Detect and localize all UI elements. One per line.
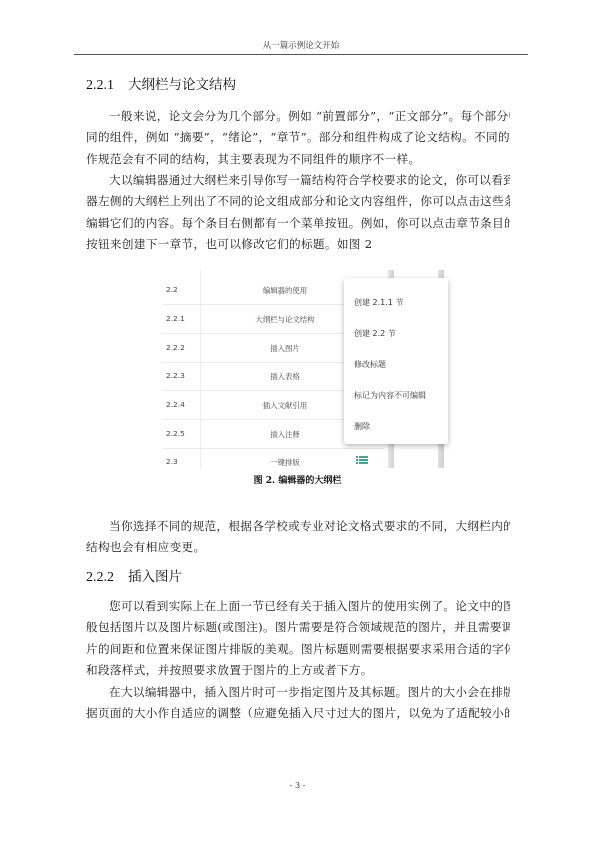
paragraph: 在大以编辑器中，插入图片时可一步指定图片及其标题。图片的大小会在排版时根 据页面… (86, 682, 510, 725)
outline-item-number: 2.2 (166, 285, 178, 294)
outline-item-number: 2.3 (166, 457, 178, 466)
text-line: 一般来说，论文会分为几个部分。例如 “前置部分”，“正文部分”。每个部分中有不 (86, 106, 510, 127)
outline-item-number: 2.2.3 (166, 371, 185, 380)
text-line: 您可以看到实际上在上面一节已经有关于插入图片的使用实例了。论文中的图片一 (86, 596, 510, 617)
text-line: 编辑它们的内容。每个条目右侧都有一个菜单按钮。例如，你可以点击章节条目的菜单 (86, 213, 510, 234)
outline-item[interactable]: 2.3 一键排版 (162, 448, 384, 468)
paragraph: 您可以看到实际上在上面一节已经有关于插入图片的使用实例了。论文中的图片一 般包括… (86, 596, 510, 682)
menu-item-create-section[interactable]: 创建 2.2 节 (354, 328, 396, 339)
figure-caption: 图 2. 编辑器的大纲栏 (0, 473, 595, 486)
menu-item-lock[interactable]: 标记为内容不可编辑 (354, 390, 426, 401)
text-line: 作规范会有不同的结构，其主要表现为不同组件的顺序不一样。 (86, 149, 510, 170)
text-line: 当你选择不同的规范，根据各学校或专业对论文格式要求的不同，大纲栏内的条目 (86, 516, 510, 537)
menu-item-create-subsection[interactable]: 创建 2.1.1 节 (354, 297, 403, 308)
outline-item-number: 2.2.4 (166, 400, 185, 409)
menu-item-rename[interactable]: 修改标题 (354, 359, 386, 370)
section-title: 大纲栏与论文结构 (128, 77, 236, 93)
outline-item-number: 2.2.2 (166, 343, 185, 352)
list-icon[interactable] (356, 456, 368, 464)
text-line: 片的间距和位置来保证图片排版的美观。图片标题则需要根据要求采用合适的字体样式 (86, 639, 510, 660)
outline-item-title: 一键排版 (200, 457, 370, 468)
menu-item-delete[interactable]: 删除 (354, 421, 370, 432)
context-menu: 创建 2.1.1 节 创建 2.2 节 修改标题 标记为内容不可编辑 删除 (344, 278, 448, 444)
text-line: 和段落样式，并按照要求放置于图片的上方或者下方。 (86, 660, 510, 681)
text-line: 据页面的大小作自适应的调整（应避免插入尺寸过大的图片，以免为了适配较小的页面 (86, 703, 510, 724)
outline-item-number: 2.2.1 (166, 314, 185, 323)
paragraph: 一般来说，论文会分为几个部分。例如 “前置部分”，“正文部分”。每个部分中有不 … (86, 106, 510, 170)
paragraph: 当你选择不同的规范，根据各学校或专业对论文格式要求的不同，大纲栏内的条目 结构也… (86, 516, 510, 559)
section-title: 插入图片 (128, 569, 182, 585)
figure-outline-screenshot: 2.2 编辑器的使用 2.2.1 大纲栏与论文结构 2.2.2 插入图片 2.2… (162, 270, 458, 468)
section-heading-2-2-2: 2.2.2插入图片 (86, 568, 182, 587)
section-number: 2.2.2 (86, 570, 114, 585)
header-divider (74, 54, 528, 55)
text-line: 结构也会有相应变更。 (86, 537, 510, 558)
text-line: 大以编辑器通过大纲栏来引导你写一篇结构符合学校要求的论文，你可以看到编辑 (86, 170, 510, 191)
section-heading-2-2-1: 2.2.1大纲栏与论文结构 (86, 76, 236, 95)
page-number: - 3 - (0, 781, 595, 790)
text-line: 按钮来创建下一章节，也可以修改它们的标题。如图 2 (86, 234, 510, 255)
text-line: 同的组件，例如 “摘要”，“绪论”，“章节”。部分和组件构成了论文结构。不同的论… (86, 127, 510, 148)
text-line: 在大以编辑器中，插入图片时可一步指定图片及其标题。图片的大小会在排版时根 (86, 682, 510, 703)
text-line: 器左侧的大纲栏上列出了不同的论文组成部分和论文内容组件，你可以点击这些条目来 (86, 191, 510, 212)
running-header-title: 从一篇示例论文开始 (74, 40, 528, 54)
section-number: 2.2.1 (86, 78, 114, 93)
paragraph: 大以编辑器通过大纲栏来引导你写一篇结构符合学校要求的论文，你可以看到编辑 器左侧… (86, 170, 510, 256)
outline-item-number: 2.2.5 (166, 429, 185, 438)
text-line: 般包括图片以及图片标题(或图注)。图片需要是符合领域规范的图片，并且需要调整图 (86, 617, 510, 638)
